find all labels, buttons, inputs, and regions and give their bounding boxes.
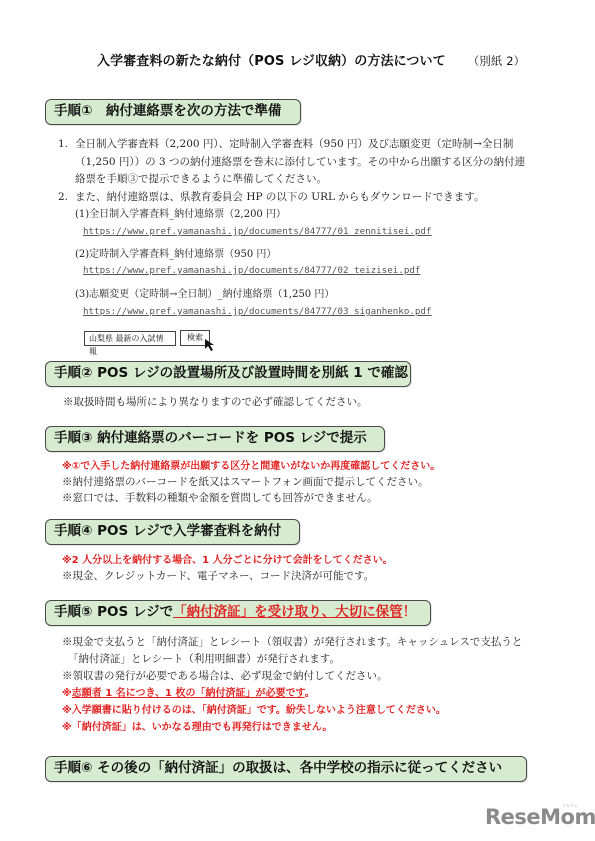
step-1-item-2-num: 2. <box>58 190 68 205</box>
step-6-header: 手順⑥ その後の「納付済証」の取扱は、各中学校の指示に従ってください <box>45 756 527 782</box>
title-annex: （別紙 2） <box>468 54 526 68</box>
step-2-header: 手順② POS レジの設置場所及び設置時間を別紙 1 で確認 <box>45 361 411 387</box>
step-5-note-4-suffix: 。 <box>305 688 315 699</box>
step-1-item-1-line-3: 絡票を手順③で提示できるように準備してください。 <box>75 172 327 187</box>
step-5-header: 手順⑤ POS レジで「納付済証」を受け取り、大切に保管！ <box>45 600 431 626</box>
step-5-note-4-underline: 志願者 1 名につき、1 枚の「納付済証」が必要です <box>72 688 305 699</box>
step-5-note-3: ※領収書の発行が必要である場合は、必ず現金で納付してください。 <box>62 669 388 684</box>
search-query-box[interactable]: 山梨県 最新の入試情報 <box>84 331 176 346</box>
page-title: 入学審査料の新たな納付（POS レジ収納）の方法について（別紙 2） <box>97 50 525 69</box>
step-1-item-1-line-1: 全日制入学審査料（2,200 円）、定時制入学審査料（950 円）及び志願変更（… <box>75 137 513 152</box>
step-4-header: 手順④ POS レジで入学審査料を納付 <box>45 519 300 545</box>
step-5-note-1: ※現金で支払うと「納付済証」とレシート（領収書）が発行されます。キャッシュレスで… <box>62 635 522 650</box>
resemom-logo-sub: リセマム <box>562 803 578 809</box>
cursor-pointer-icon <box>203 338 217 352</box>
step-3-header: 手順③ 納付連絡票のバーコードを POS レジで提示 <box>45 426 385 452</box>
step-5-note-4-prefix: ※ <box>62 688 72 699</box>
download-2-link[interactable]: https://www.pref.yamanashi.jp/documents/… <box>83 264 420 277</box>
download-2-label: (2)定時制入学審査料_納付連絡票（950 円） <box>75 247 276 262</box>
resemom-logo: ReseMom <box>485 805 595 829</box>
step-5-label-highlight: 「納付済証」を受け取り、大切に保管 <box>173 604 403 620</box>
step-2-note-1: ※取扱時間も場所により異なりますので必ず確認してください。 <box>63 395 368 410</box>
step-1-item-1-num: 1. <box>58 137 68 152</box>
step-4-note-2: ※現金、クレジットカード、電子マネー、コード決済が可能です。 <box>62 569 374 584</box>
title-main: 入学審査料の新たな納付（POS レジ収納）の方法について <box>97 54 446 69</box>
download-3-label: (3)志願変更（定時制→全日制）_納付連絡票（1,250 円） <box>75 287 334 302</box>
step-5-note-5: ※入学願書に貼り付けるのは、「納付済証」です。紛失しないよう注意してください。 <box>62 703 446 718</box>
download-1-link[interactable]: https://www.pref.yamanashi.jp/documents/… <box>83 225 431 238</box>
step-3-note-1: ※①で入手した納付連絡票が出願する区分と間違いがないか再度確認してください。 <box>62 459 440 474</box>
step-3-note-2: ※納付連絡票のバーコードを紙又はスマートフォン画面で提示してください。 <box>62 475 428 490</box>
document-page: 入学審査料の新たな納付（POS レジ収納）の方法について（別紙 2） 手順① 納… <box>0 0 595 841</box>
step-5-label-prefix: 手順⑤ POS レジで <box>54 604 173 620</box>
step-1-item-2-line-1: また、納付連絡票は、県教育委員会 HP の以下の URL からもダウンロードでき… <box>75 190 484 205</box>
step-1-header: 手順① 納付連絡票を次の方法で準備 <box>45 99 301 125</box>
step-5-label-suffix: ！ <box>403 604 417 620</box>
step-5-note-2: 「納付済証」とレシート（利用明細書）が発行されます。 <box>68 652 340 667</box>
step-1-item-1-line-2: （1,250 円））の 3 つの納付連絡票を巻末に添付しています。その中から出願… <box>75 155 525 170</box>
step-4-note-1: ※2 人分以上を納付する場合、1 人分ごとに分けて会計をしてください。 <box>62 553 393 568</box>
download-1-label: (1)全日制入学審査料_納付連絡票（2,200 円） <box>75 207 286 222</box>
download-3-link[interactable]: https://www.pref.yamanashi.jp/documents/… <box>83 305 431 318</box>
step-5-note-4: ※志願者 1 名につき、1 枚の「納付済証」が必要です。 <box>62 686 315 701</box>
step-3-note-3: ※窓口では、手数料の種類や金額を質問しても回答ができません。 <box>62 491 378 506</box>
step-5-note-6: ※「納付済証」は、いかなる理由でも再発行はできません。 <box>62 720 332 735</box>
